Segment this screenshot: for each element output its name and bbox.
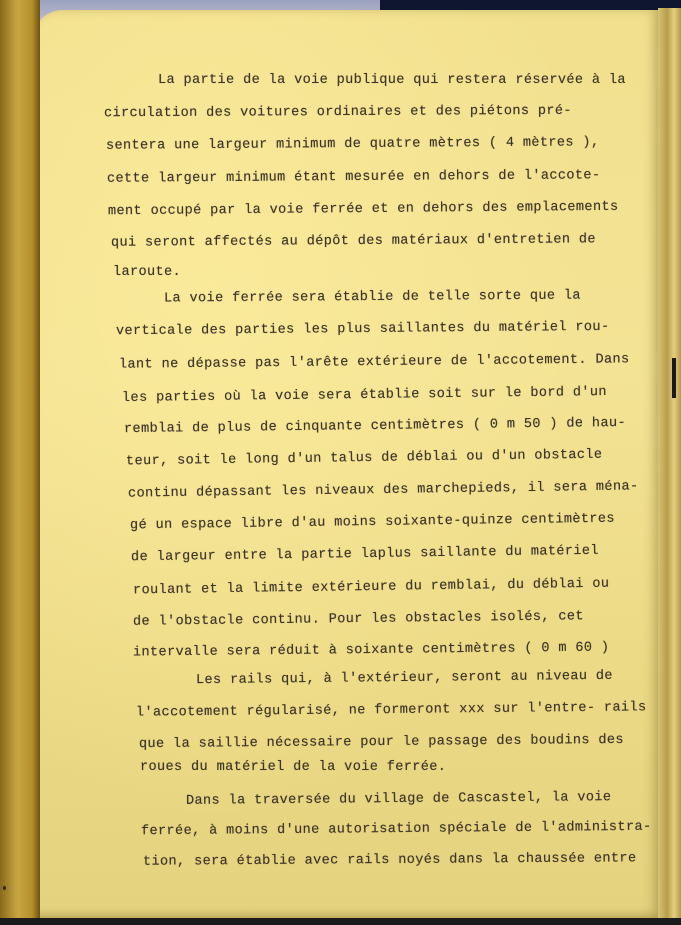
text-line: Les rails qui, à l'extérieur, seront au …	[196, 669, 613, 688]
text-line: verticale des parties les plus saillante…	[116, 320, 610, 339]
text-line: roues du matériel de la voie ferrée.	[140, 760, 446, 775]
text-line: laroute.	[113, 265, 181, 280]
text-line: de largeur entre la partie laplus sailla…	[131, 544, 599, 566]
text-line: gé un espace libre d'au moins soixante-q…	[130, 512, 615, 534]
text-line: tion, sera établie avec rails noyés dans…	[143, 851, 637, 869]
text-line: que la saillie nécessaire pour le passag…	[139, 733, 624, 752]
text-line: l'accotement régularisé, ne formeront xx…	[136, 700, 647, 720]
text-line: intervalle sera réduit à soixante centim…	[133, 641, 610, 661]
text-line: circulation des voitures ordinaires et d…	[104, 104, 572, 121]
text-line: cette largeur minimum étant mesurée en d…	[107, 168, 601, 186]
text-line: teur, soit le long d'un talus de déblai …	[126, 448, 603, 470]
text-line: les parties où la voie sera établie soit…	[122, 385, 607, 406]
text-line: qui seront affectés au dépôt des matéria…	[111, 232, 596, 250]
text-line: remblai de plus de cinquante centimètres…	[124, 416, 626, 437]
text-line: La voie ferrée sera établie de telle sor…	[164, 289, 581, 307]
typewritten-text: La partie de la voie publique qui rester…	[0, 0, 681, 925]
text-line: de l'obstacle continu. Pour les obstacle…	[133, 609, 584, 630]
text-line: sentera une largeur minimum de quatre mè…	[106, 135, 600, 153]
text-line: ment occupé par la voie ferrée et en deh…	[108, 200, 619, 219]
text-line: ferrée, à moins d'une autorisation spéci…	[141, 820, 652, 839]
text-line: Dans la traversée du village de Cascaste…	[186, 790, 612, 809]
text-line: continu dépassant les niveaux des marche…	[128, 479, 639, 501]
text-line: lant ne dépasse pas l'arête extérieure d…	[119, 352, 630, 372]
text-line: roulant et la limite extérieure du rembl…	[133, 577, 610, 599]
text-line: La partie de la voie publique qui rester…	[158, 73, 626, 88]
